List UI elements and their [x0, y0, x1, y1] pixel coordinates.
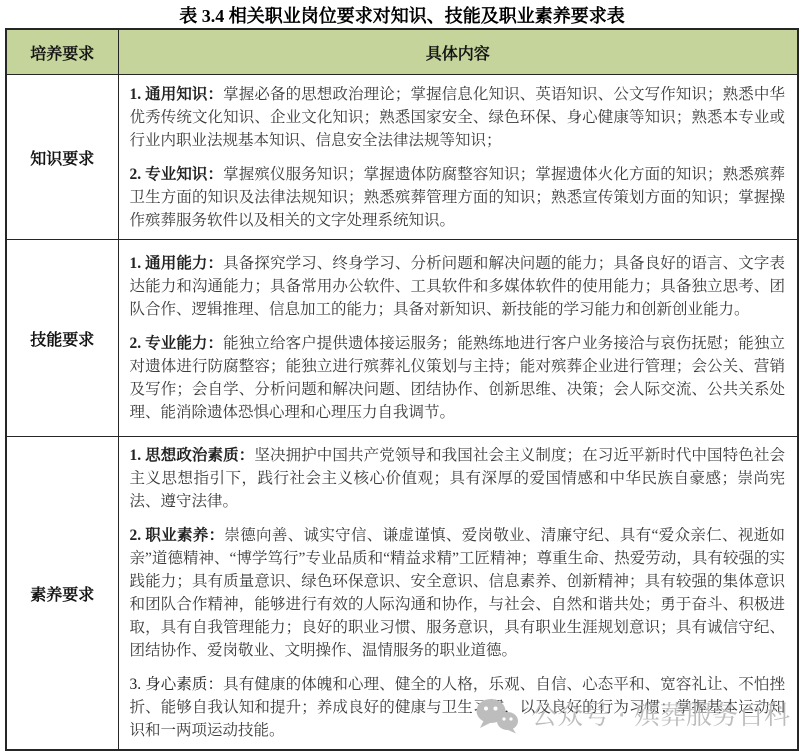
paragraph-text: 具有健康的体魄和心理、健全的人格，乐观、自信、心态平和、宽容礼让、不怕挫折、能够… [130, 676, 786, 739]
row-content-knowledge: 1. 通用知识：掌握必备的思想政治理论；掌握信息化知识、英语知识、公文写作知识；… [118, 75, 798, 240]
paragraph-text: 崇德向善、诚实守信、谦虚谨慎、爱岗敬业、清廉守纪、具有“爱众亲仁、视逝如亲”道德… [130, 527, 786, 659]
paragraph-prefix: 1. 通用能力： [130, 255, 224, 272]
paragraph-prefix: 2. 专业知识： [130, 166, 224, 183]
header-cell-specific-content: 具体内容 [118, 29, 798, 75]
requirements-table: 培养要求 具体内容 知识要求 1. 通用知识：掌握必备的思想政治理论；掌握信息化… [5, 28, 799, 751]
row-label-quality: 素养要求 [6, 437, 118, 751]
paragraph-professional-ability: 2. 专业能力：能独立给客户提供遗体接运服务；能熟练地进行客户业务接洽与哀伤抚慰… [130, 332, 786, 424]
paragraph-prefix: 1. 思想政治素质： [130, 447, 255, 464]
row-label-knowledge: 知识要求 [6, 75, 118, 240]
paragraph-text: 能独立给客户提供遗体接运服务；能熟练地进行客户业务接洽与哀伤抚慰；能独立对遗体进… [130, 335, 786, 421]
paragraph-general-knowledge: 1. 通用知识：掌握必备的思想政治理论；掌握信息化知识、英语知识、公文写作知识；… [130, 83, 786, 152]
paragraph-text: 掌握必备的思想政治理论；掌握信息化知识、英语知识、公文写作知识；熟悉中华优秀传统… [130, 86, 786, 149]
paragraph-prefix: 3. 身心素质： [130, 676, 224, 693]
paragraph-professional-quality: 2. 职业素养：崇德向善、诚实守信、谦虚谨慎、爱岗敬业、清廉守纪、具有“爱众亲仁… [130, 524, 786, 662]
paragraph-physical-mental-quality: 3. 身心素质：具有健康的体魄和心理、健全的人格，乐观、自信、心态平和、宽容礼让… [130, 673, 786, 742]
table-header-row: 培养要求 具体内容 [6, 29, 798, 75]
paragraph-prefix: 2. 专业能力： [130, 335, 224, 352]
paragraph-prefix: 1. 通用知识： [130, 86, 224, 103]
paragraph-prefix: 2. 职业素养： [130, 527, 225, 544]
paragraph-text: 具备探究学习、终身学习、分析问题和解决问题的能力；具备良好的语言、文字表达能力和… [130, 255, 786, 318]
header-cell-requirement-type: 培养要求 [6, 29, 118, 75]
paragraph-political-quality: 1. 思想政治素质：坚决拥护中国共产党领导和我国社会主义制度；在习近平新时代中国… [130, 444, 786, 513]
table-row-quality: 素养要求 1. 思想政治素质：坚决拥护中国共产党领导和我国社会主义制度；在习近平… [6, 437, 798, 751]
row-content-skill: 1. 通用能力：具备探究学习、终身学习、分析问题和解决问题的能力；具备良好的语言… [118, 240, 798, 437]
paragraph-general-ability: 1. 通用能力：具备探究学习、终身学习、分析问题和解决问题的能力；具备良好的语言… [130, 252, 786, 321]
paragraph-text: 掌握殡仪服务知识；掌握遗体防腐整容知识；掌握遗体火化方面的知识；熟悉殡葬卫生方面… [130, 166, 786, 229]
page-title: 表 3.4 相关职业岗位要求对知识、技能及职业素养要求表 [0, 0, 804, 28]
table-row-skill: 技能要求 1. 通用能力：具备探究学习、终身学习、分析问题和解决问题的能力；具备… [6, 240, 798, 437]
row-label-skill: 技能要求 [6, 240, 118, 437]
table-row-knowledge: 知识要求 1. 通用知识：掌握必备的思想政治理论；掌握信息化知识、英语知识、公文… [6, 75, 798, 240]
row-content-quality: 1. 思想政治素质：坚决拥护中国共产党领导和我国社会主义制度；在习近平新时代中国… [118, 437, 798, 751]
paragraph-professional-knowledge: 2. 专业知识：掌握殡仪服务知识；掌握遗体防腐整容知识；掌握遗体火化方面的知识；… [130, 163, 786, 232]
